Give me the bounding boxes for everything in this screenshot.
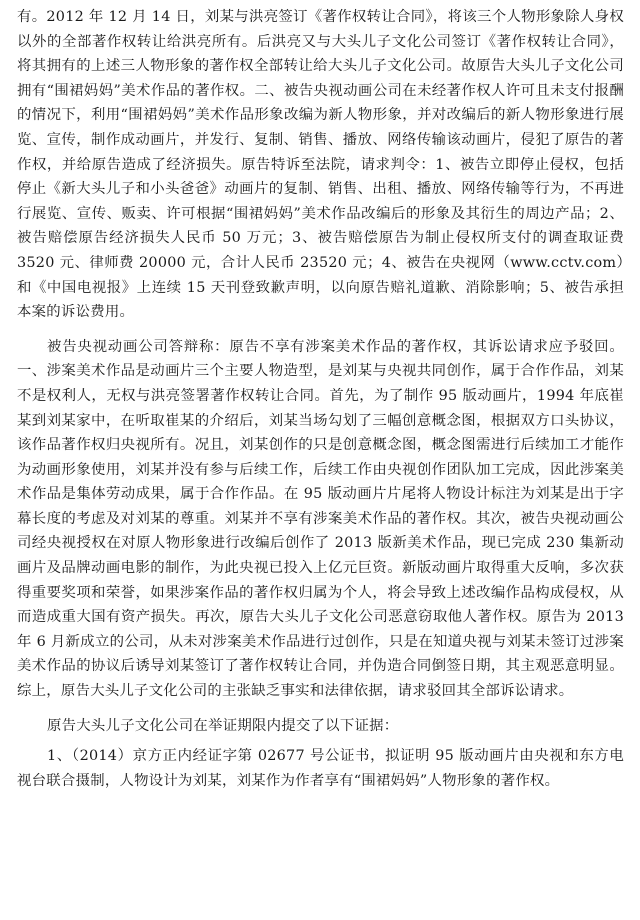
- document-page: 有。2012 年 12 月 14 日，刘某与洪亮签订《著作权转让合同》，将该三个…: [17, 5, 624, 793]
- paragraph-plaintiff-claims: 有。2012 年 12 月 14 日，刘某与洪亮签订《著作权转让合同》，将该三个…: [17, 5, 624, 325]
- paragraph-evidence-item-1: 1、（2014）京方正内经证字第 02677 号公证书，拟证明 95 版动画片由…: [17, 744, 624, 793]
- paragraph-defendant-defense: 被告央视动画公司答辩称：原告不享有涉案美术作品的著作权，其诉讼请求应予驳回。一、…: [17, 335, 624, 704]
- paragraph-evidence-intro: 原告大头儿子文化公司在举证期限内提交了以下证据：: [17, 714, 624, 739]
